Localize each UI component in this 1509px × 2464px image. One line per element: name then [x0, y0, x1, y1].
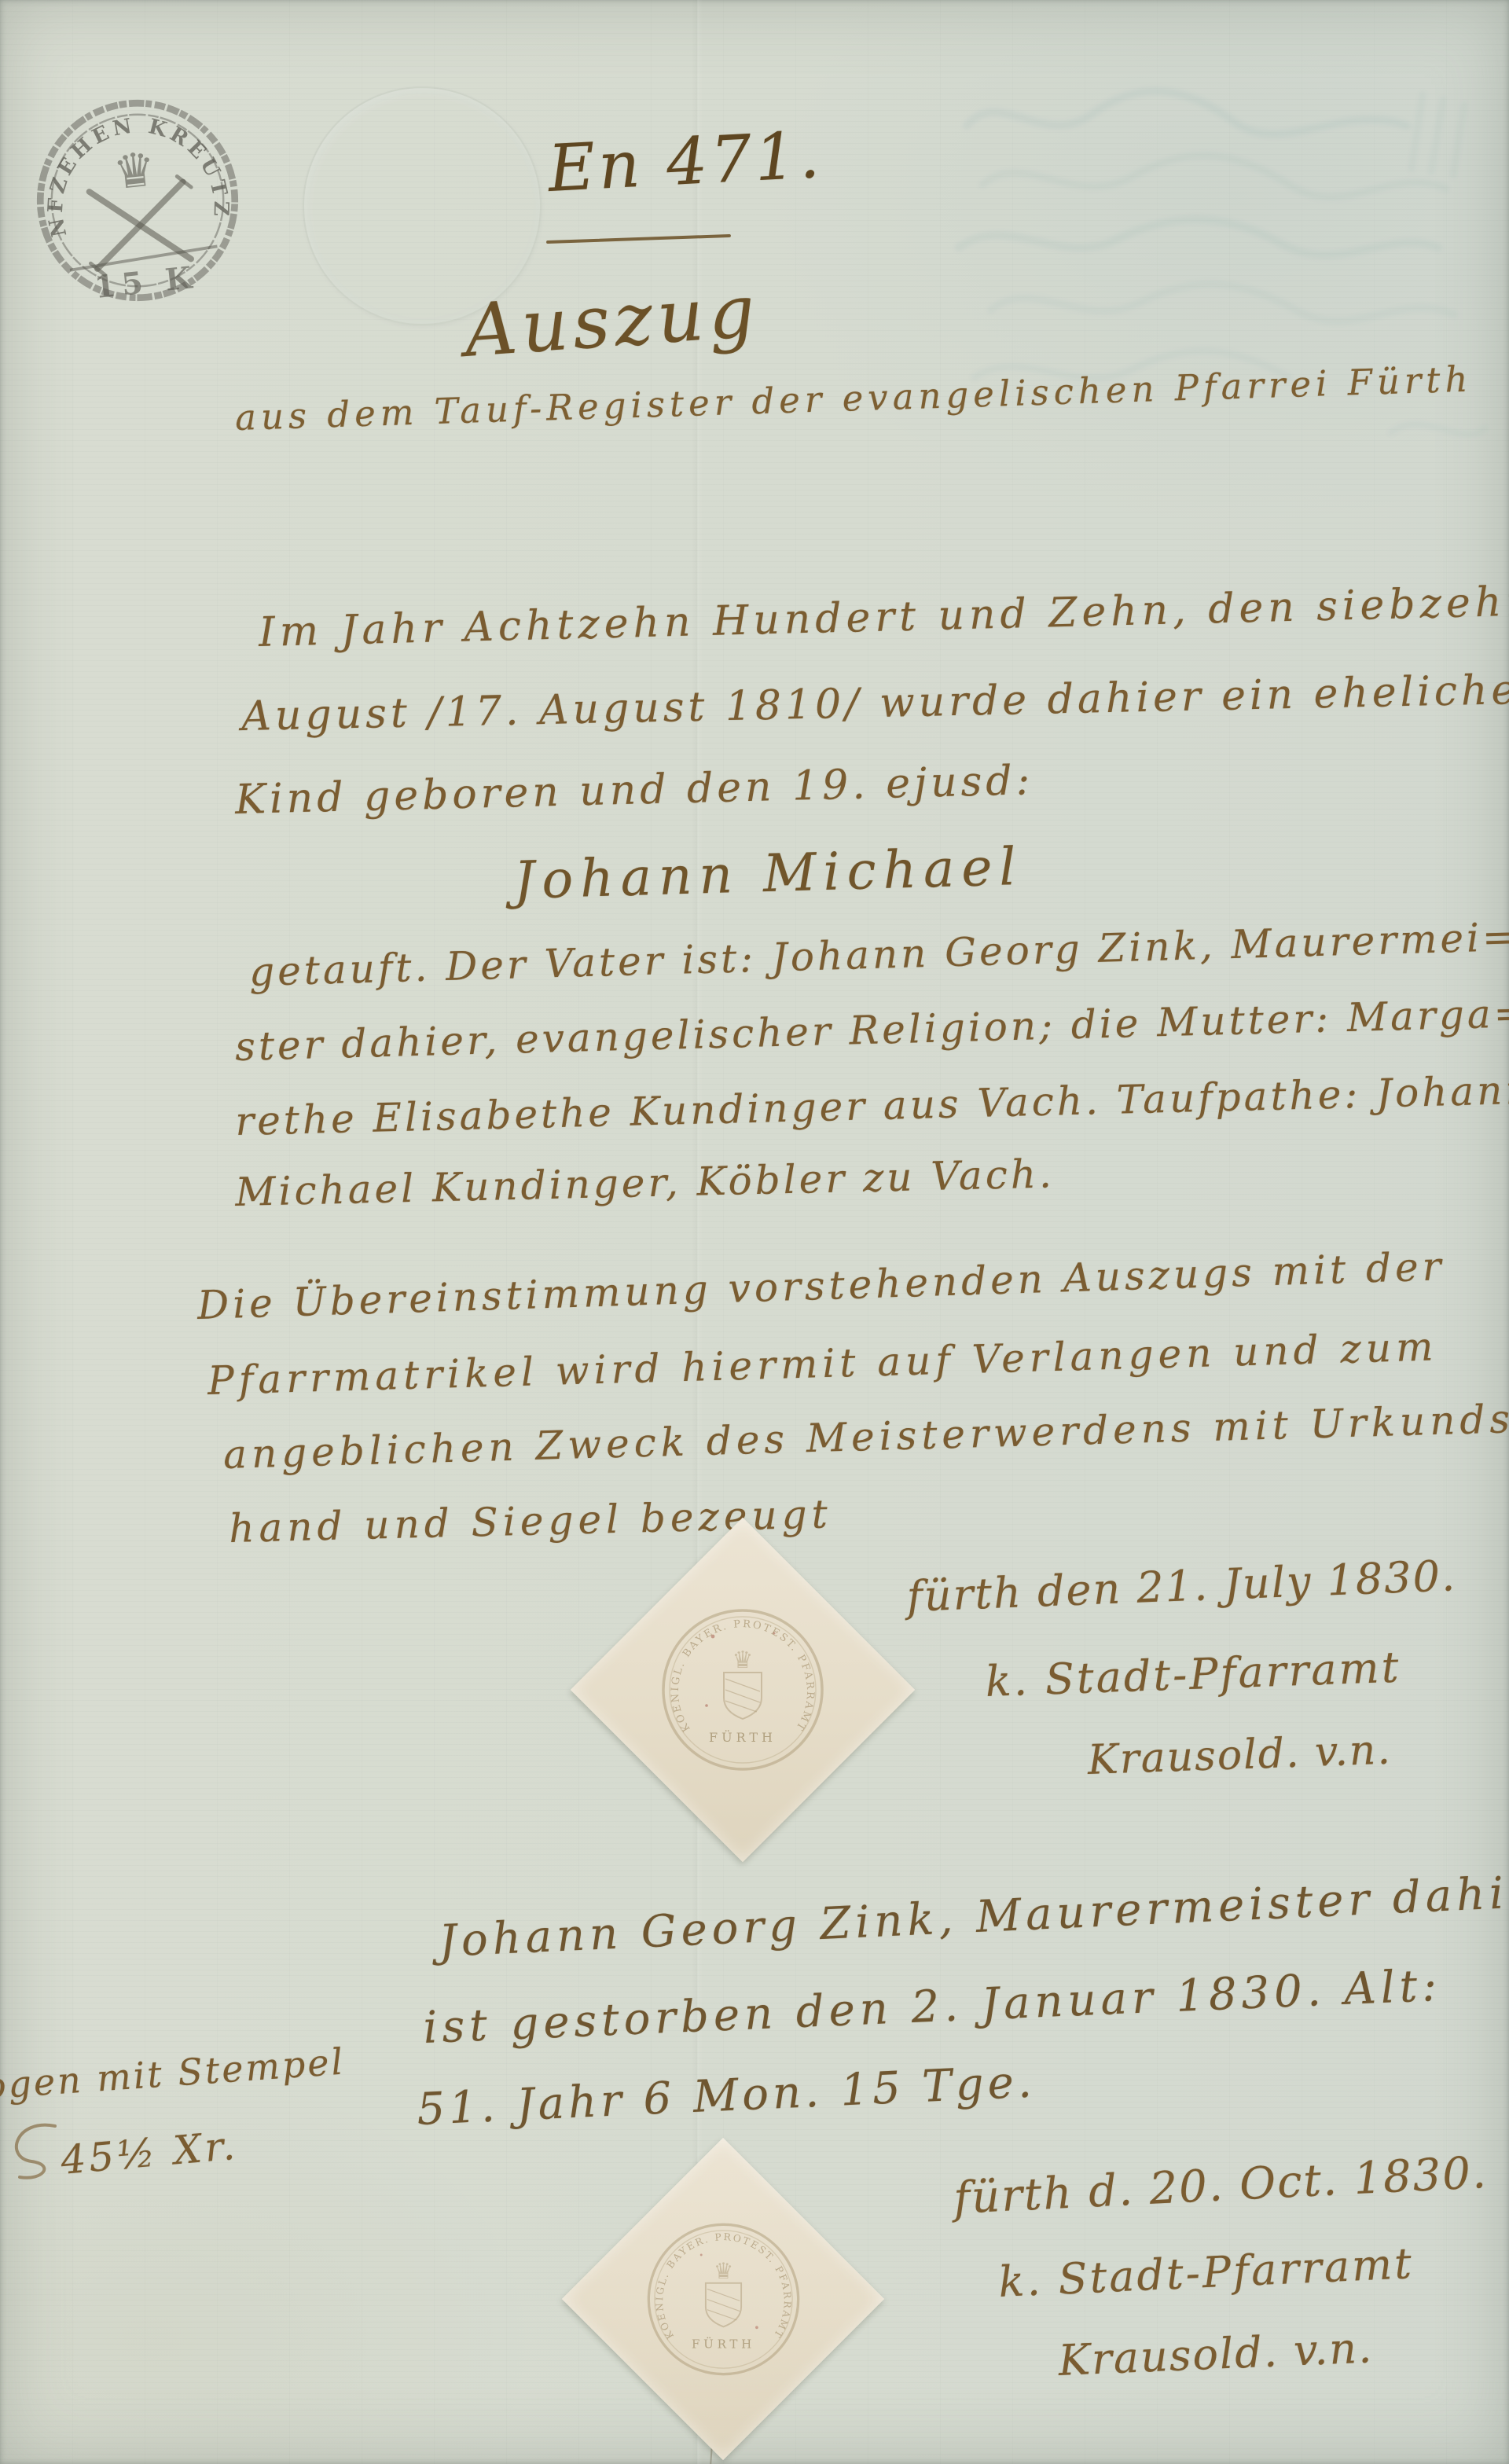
revenue-stamp-15-kreuzer: FÜNFZEHEN KREUTZER ♛ 15 K	[13, 75, 263, 326]
baptism-detail-line-1: getauft. Der Vater ist: Johann Georg Zin…	[248, 914, 1509, 995]
seal-arc-text: KOENIGL. BAYER. PROTEST. PFARRAMT	[670, 1618, 816, 1734]
death-note-line-3: 51. Jahr 6 Mon. 15 Tge.	[416, 2056, 1037, 2135]
seal-bottom-text: FÜRTH	[692, 2337, 755, 2351]
crown-icon: ♛	[713, 2258, 732, 2284]
death-note-office: k. Stadt-Pfarramt	[997, 2238, 1415, 2307]
birth-entry-line-3: Kind geboren und den 19. ejusd:	[235, 757, 1034, 824]
death-note-line-1: Johann Georg Zink, Maurermeister dahier	[438, 1865, 1509, 1967]
certification-line-1: Die Übereinstimmung vorstehenden Auszugs…	[196, 1243, 1445, 1328]
seal-bottom-text: FÜRTH	[709, 1729, 777, 1745]
registry-number: En 471.	[546, 118, 824, 207]
paper-wafer-seal-1: KOENIGL. BAYER. PROTEST. PFARRAMT ♛ FÜRT…	[571, 1518, 915, 1862]
seal-ring-outer	[648, 2224, 798, 2374]
bavarian-shield-icon	[705, 2282, 740, 2326]
bleed-through-ghost-writing	[920, 39, 1501, 511]
birth-entry-line-2: August /17. August 1810/ wurde dahier ei…	[241, 666, 1509, 740]
margin-note-line-2: 45½ Xr.	[59, 2123, 240, 2183]
certification-office: k. Stadt-Pfarramt	[985, 1643, 1402, 1706]
baptism-detail-line-4: Michael Kundinger, Köbler zu Vach.	[235, 1151, 1056, 1215]
baptismal-name: Johann Michael	[513, 836, 1024, 911]
document-page: FÜNFZEHEN KREUTZER ♛ 15 K En 471. Auszug…	[0, 0, 1509, 2464]
baptism-detail-line-3: rethe Elisabethe Kundinger aus Vach. Tau…	[235, 1067, 1509, 1144]
registry-number-underline	[546, 234, 731, 244]
paper-wafer-seal-2: KOENIGL. BAYER. PROTEST. PFARRAMT ♛ FÜRT…	[562, 2138, 884, 2460]
certification-line-3: angeblichen Zweck des Meisterwerdens mit…	[222, 1395, 1509, 1478]
bavarian-shield-icon	[724, 1673, 762, 1719]
stamp-value-text: 15 K	[93, 260, 200, 307]
certification-dateline: fürth den 21. July 1830.	[906, 1551, 1458, 1621]
certification-line-2: Pfarrmatrikel wird hiermit auf Verlangen…	[207, 1324, 1438, 1404]
birth-entry-line-1: Im Jahr Achtzehn Hundert und Zehn, den s…	[259, 576, 1509, 656]
seal-arc-text: KOENIGL. BAYER. PROTEST. PFARRAMT	[653, 2231, 792, 2341]
death-note-dateline: fürth d. 20. Oct. 1830.	[953, 2147, 1489, 2224]
death-note-line-2: ist gestorben den 2. Januar 1830. Alt:	[422, 1960, 1442, 2054]
crown-icon: ♛	[111, 141, 159, 200]
death-note-signature: Krausold. v.n.	[1057, 2323, 1374, 2385]
seal-ring-outer	[663, 1610, 822, 1769]
certification-signature: Krausold. v.n.	[1087, 1727, 1393, 1784]
crown-icon: ♛	[732, 1647, 754, 1674]
baptism-detail-line-2: ster dahier, evangelischer Religion; die…	[234, 990, 1509, 1070]
margin-note-line-1: Bogen mit Stempel	[0, 2040, 347, 2110]
